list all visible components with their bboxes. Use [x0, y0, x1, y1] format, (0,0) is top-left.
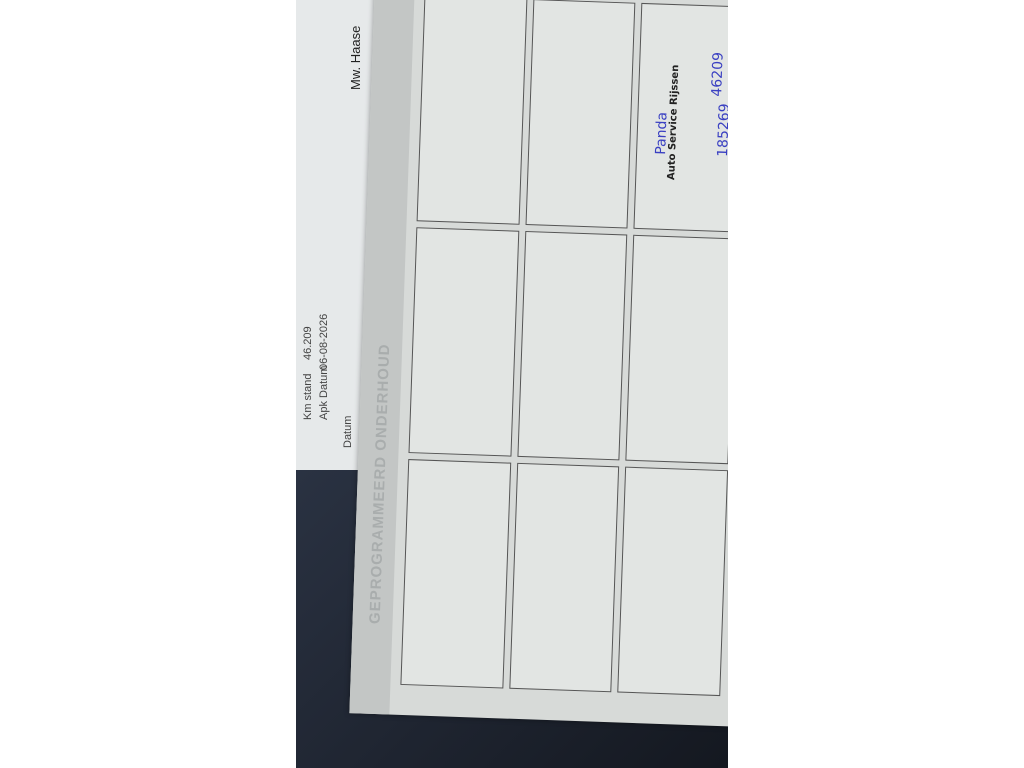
km-stand-value: 46.209: [302, 326, 314, 360]
card-label: STEMPEL EN HANDTEKENING: [626, 254, 638, 454]
garage-stamp: Auto Service Rijssen: [667, 65, 682, 181]
apk-datum-value: 06-08-2026: [318, 314, 330, 370]
km-stand-label: Km stand: [302, 374, 314, 420]
service-card: MODELONDERHOUDSBEURTMOTOROLIEVERVERSINGV…: [626, 235, 728, 464]
card-label: STEMPEL EN HANDTEKENING: [634, 22, 646, 222]
receipt-name: Mw. Haase: [348, 26, 363, 90]
card-label: STEMPEL EN HANDTEKENING: [525, 18, 537, 218]
maintenance-booklet: GEPROGRAMMEERD ONDERHOUD MODELONDERHOUDS…: [349, 0, 728, 726]
service-card: MODELONDERHOUDSBEURTMOTOROLIEVERVERSINGV…: [634, 3, 728, 232]
card-label: DATUM: [417, 14, 418, 214]
card-label: DATUM: [408, 246, 409, 446]
card-label: STEMPEL EN HANDTEKENING: [618, 485, 630, 685]
apk-datum-label: Apk Datum: [318, 366, 330, 420]
service-card: MODELONDERHOUDSBEURTMOTOROLIEVERVERSINGV…: [618, 467, 728, 696]
service-card: MODELONDERHOUDSBEURTMOTOROLIEVERVERSINGV…: [509, 463, 619, 692]
service-card: MODELONDERHOUDSBEURTMOTOROLIEVERVERSINGV…: [400, 459, 510, 688]
service-card: MODELONDERHOUDSBEURTMOTOROLIEVERVERSINGV…: [417, 0, 527, 225]
service-card: MODELONDERHOUDSBEURTMOTOROLIEVERVERSINGV…: [408, 227, 518, 456]
photo: Mw. Haase Km stand 46.209 Apk Datum 06-0…: [296, 0, 728, 768]
card-label: STEMPEL EN HANDTEKENING: [408, 246, 420, 446]
card-label: STEMPEL EN HANDTEKENING: [509, 482, 521, 682]
card-label: DATUM: [400, 477, 401, 677]
card-label: STEMPEL EN HANDTEKENING: [417, 14, 429, 214]
handwritten-chassis: 185269: [715, 103, 728, 157]
service-card-grid: MODELONDERHOUDSBEURTMOTOROLIEVERVERSINGV…: [400, 0, 728, 696]
card-label: STEMPEL EN HANDTEKENING: [517, 250, 529, 450]
datum-label: Datum: [342, 416, 354, 448]
service-card: MODELONDERHOUDSBEURTMOTOROLIEVERVERSINGV…: [525, 0, 635, 229]
service-card: MODELONDERHOUDSBEURTMOTOROLIEVERVERSINGV…: [517, 231, 627, 460]
handwritten-km: 46209: [709, 52, 727, 97]
card-label: STEMPEL EN HANDTEKENING: [400, 478, 412, 678]
